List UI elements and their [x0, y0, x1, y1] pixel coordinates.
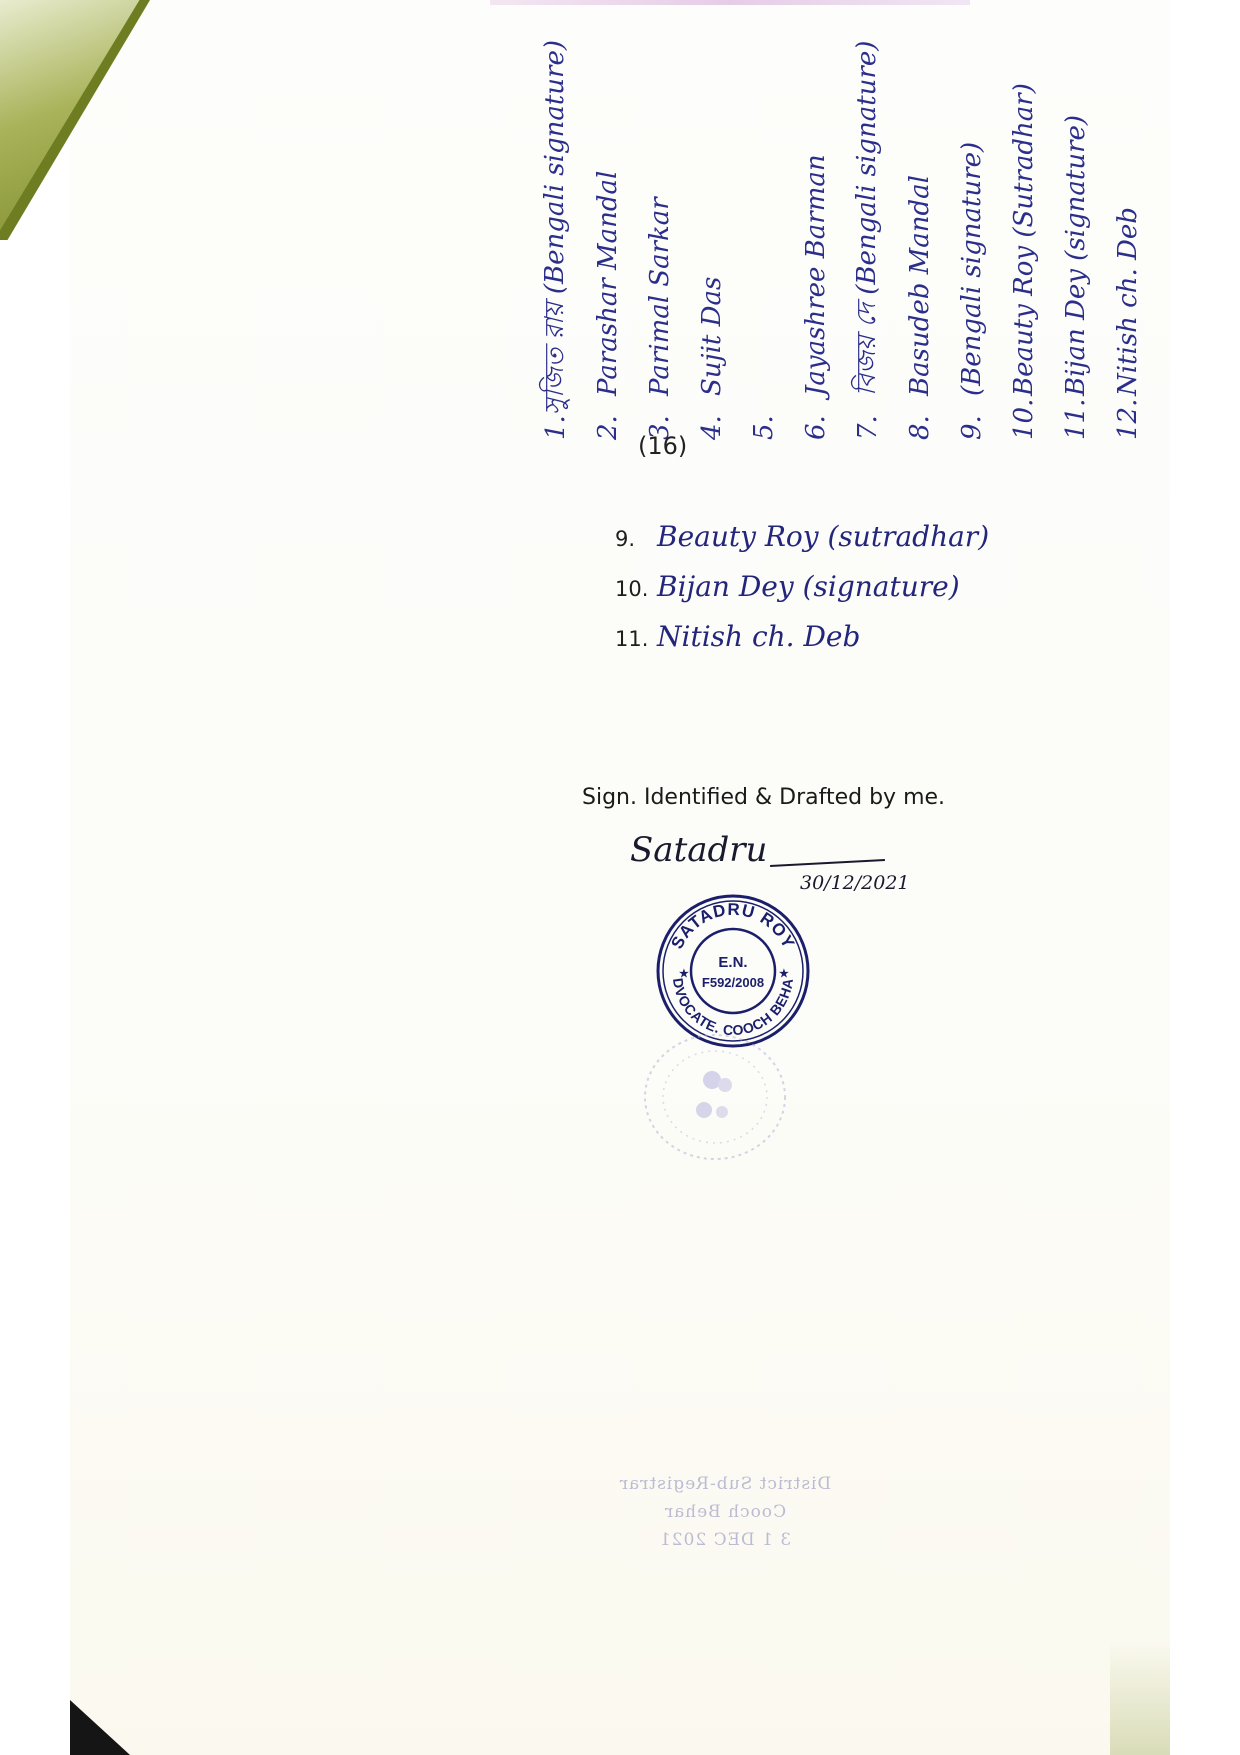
advocate-signature: Satadru: [630, 830, 767, 870]
witness-signature: Basudeb Mandal: [905, 175, 935, 396]
witness-number: 9.: [957, 396, 987, 440]
stamp-center-line1: E.N.: [718, 954, 747, 971]
witness-number: 10.: [1009, 396, 1039, 440]
advocate-stamp: SATADRU ROY ADVOCATE. COOCH BEHAR E.N. F…: [655, 893, 811, 1049]
emblem-seal-icon: [640, 1030, 790, 1165]
witness-signature: Nitish ch. Deb: [1113, 207, 1143, 396]
witness-number: 12.: [1113, 396, 1143, 440]
signature-number: 9.: [615, 527, 655, 551]
witness-number: 8.: [905, 396, 935, 440]
signature-row: 11. Nitish ch. Deb: [615, 620, 989, 670]
witness-number: 4.: [697, 396, 727, 440]
witness-number: 1.: [541, 415, 571, 440]
witness-signature: Beauty Roy (Sutradhar): [1009, 83, 1039, 396]
witness-signature: সুজিত রায় (Bengali signature): [534, 40, 578, 415]
witness-row: 11.Bijan Dey (signature): [1050, 40, 1102, 440]
bleed-through-line: Cooch Behar: [575, 1498, 875, 1526]
witness-row: 3.Parimal Sarkar: [634, 40, 686, 440]
bleed-through-line: 3 1 DEC 2021: [575, 1526, 875, 1554]
bleed-through-line: District Sub-Registrar: [575, 1470, 875, 1498]
stamp-star-right: ★: [779, 968, 789, 980]
witness-signature: Jayashree Barman: [801, 154, 831, 396]
stamp-seal-icon: SATADRU ROY ADVOCATE. COOCH BEHAR E.N. F…: [655, 893, 811, 1049]
top-scan-edge: [490, 0, 970, 5]
bleed-through-text: District Sub-Registrar Cooch Behar 3 1 D…: [575, 1470, 875, 1554]
witness-row: 4.Sujit Das: [686, 40, 738, 440]
witness-row: 2.Parashar Mandal: [582, 40, 634, 440]
stamp-center-line2: F592/2008: [702, 975, 764, 990]
witness-signature: Bijan Dey (signature): [1061, 115, 1091, 396]
witness-signature: Parimal Sarkar: [645, 197, 675, 396]
witness-row: 8.Basudeb Mandal: [894, 40, 946, 440]
witness-row: 10.Beauty Roy (Sutradhar): [998, 40, 1050, 440]
witness-signature: বিজয় দে (Bengali signature): [846, 41, 890, 396]
signature-number: 11.: [615, 627, 655, 651]
witness-number: 5.: [749, 396, 779, 440]
witness-signature: Sujit Das: [697, 277, 727, 396]
witness-signature: (Bengali signature): [957, 142, 987, 396]
handwritten-signature: Beauty Roy (sutradhar): [657, 520, 989, 553]
stamp-top-text: SATADRU ROY: [667, 900, 798, 952]
witness-row: 12.Nitish ch. Deb: [1102, 40, 1154, 440]
signature-list: 9. Beauty Roy (sutradhar) 10. Bijan Dey …: [615, 520, 989, 670]
scan-edge-noise: [1110, 1640, 1170, 1755]
witness-number: 6.: [801, 396, 831, 440]
witness-row: 9.(Bengali signature): [946, 40, 998, 440]
witness-number: 7.: [853, 396, 883, 440]
signature-date: 30/12/2021: [800, 872, 910, 894]
witness-number: 2.: [593, 396, 623, 440]
svg-text:SATADRU ROY: SATADRU ROY: [667, 900, 798, 952]
signature-number: 10.: [615, 577, 655, 601]
signature-row: 10. Bijan Dey (signature): [615, 570, 989, 620]
witness-row: 1.সুজিত রায় (Bengali signature): [530, 40, 582, 440]
witness-signature: Parashar Mandal: [593, 171, 623, 396]
page-number: (16): [638, 432, 687, 460]
handwritten-signature: Nitish ch. Deb: [657, 620, 860, 653]
stamp-star-left: ★: [679, 968, 689, 980]
rotated-witness-list: 1.সুজিত রায় (Bengali signature) 2.Paras…: [530, 40, 1154, 440]
handwritten-signature: Bijan Dey (signature): [657, 570, 960, 603]
witness-number: 11.: [1061, 396, 1091, 440]
signature-row: 9. Beauty Roy (sutradhar): [615, 520, 989, 570]
witness-row: 5.: [738, 40, 790, 440]
identified-drafted-statement: Sign. Identified & Drafted by me.: [582, 785, 945, 810]
witness-row: 6.Jayashree Barman: [790, 40, 842, 440]
faded-registry-seal: [640, 1030, 790, 1165]
witness-row: 7.বিজয় দে (Bengali signature): [842, 40, 894, 440]
